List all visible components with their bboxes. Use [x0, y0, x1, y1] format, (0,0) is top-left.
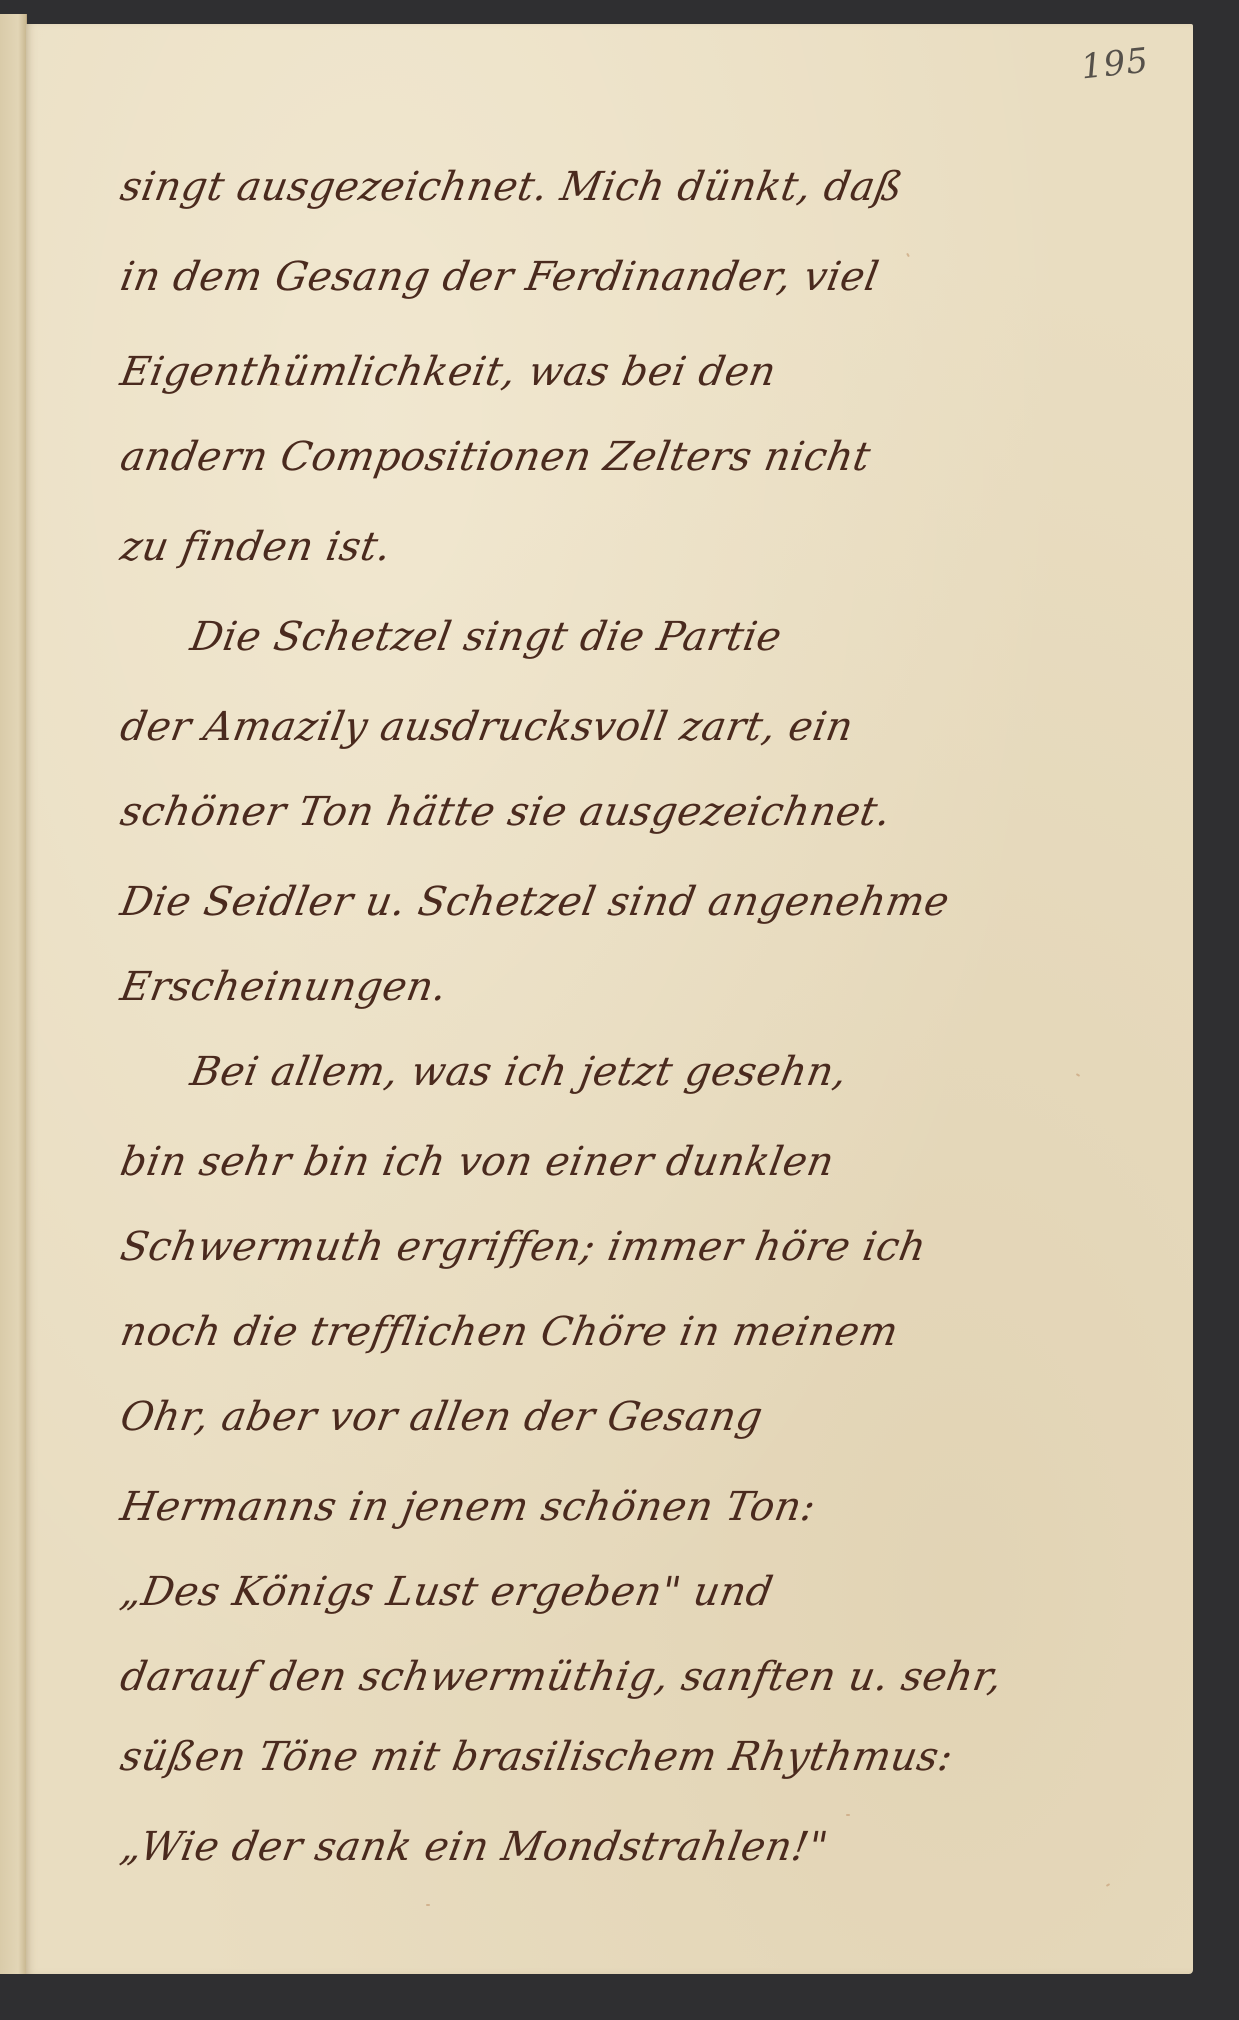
paper-fleck [426, 1904, 430, 1906]
text-line: süßen Töne mit brasilischem Rhythmus: [117, 1734, 957, 1780]
text-line: bin sehr bin ich von einer dunklen [117, 1139, 838, 1185]
paper-fleck [1106, 1883, 1110, 1887]
text-line: in dem Gesang der Ferdinander, viel [117, 254, 882, 300]
text-line: Erscheinungen. [117, 964, 451, 1010]
text-line: zu finden ist. [117, 524, 395, 570]
text-line: Schwermuth ergriffen; immer höre ich [117, 1224, 930, 1270]
text-line: noch die trefflichen Chöre in meinem [117, 1309, 902, 1355]
text-line: Bei allem, was ich jetzt gesehn, [187, 1049, 851, 1095]
adjacent-page-edge [0, 14, 27, 1974]
text-line: Eigenthümlichkeit, was bei den [117, 349, 780, 395]
text-line: schöner Ton hätte sie ausgezeichnet. [117, 789, 894, 835]
paper-fleck [846, 1814, 850, 1816]
text-line: der Amazily ausdrucksvoll zart, ein [117, 704, 857, 750]
text-line: Hermanns in jenem schönen Ton: [117, 1484, 819, 1530]
text-line: darauf den schwermüthig, sanften u. sehr… [117, 1654, 1006, 1700]
text-line: andern Compositionen Zelters nicht [117, 434, 874, 480]
text-line: Die Seidler u. Schetzel sind angenehme [117, 879, 953, 925]
manuscript-page: 195 singt ausgezeichnet. Mich dünkt, daß… [26, 24, 1193, 1974]
text-line: Ohr, aber vor allen der Gesang [117, 1394, 766, 1440]
folio-number: 195 [1079, 41, 1151, 88]
paper-fleck [1076, 1073, 1080, 1077]
text-line: „Des Königs Lust ergeben" und [117, 1569, 777, 1615]
text-line: „Wie der sank ein Mondstrahlen!" [117, 1824, 832, 1870]
paper-fleck [906, 253, 910, 257]
text-line: Die Schetzel singt die Partie [187, 614, 785, 660]
text-line: singt ausgezeichnet. Mich dünkt, daß [117, 164, 906, 210]
